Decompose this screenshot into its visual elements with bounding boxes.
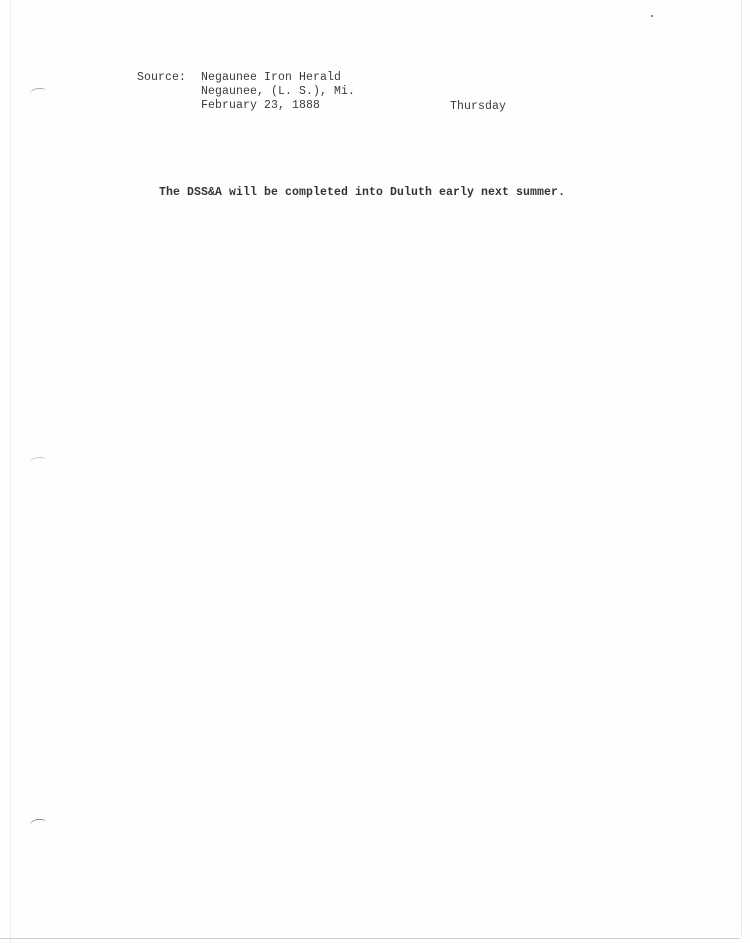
page-right-edge [741,0,742,935]
source-label: Source: [137,71,186,84]
punch-hole-mark-middle [29,456,46,468]
page-left-edge [10,0,11,943]
punch-hole-mark-top [29,87,46,99]
source-date: February 23, 1888 [201,99,320,112]
source-weekday: Thursday [450,100,506,113]
page-bottom-edge [0,938,740,939]
punch-hole-mark-bottom [29,818,46,830]
typed-page: Source: Negaunee Iron Herald Negaunee, (… [0,0,750,943]
paper-speck [651,15,653,17]
source-publication: Negaunee Iron Herald [201,71,341,84]
body-text: The DSS&A will be completed into Duluth … [159,186,565,199]
source-location: Negaunee, (L. S.), Mi. [201,85,355,98]
